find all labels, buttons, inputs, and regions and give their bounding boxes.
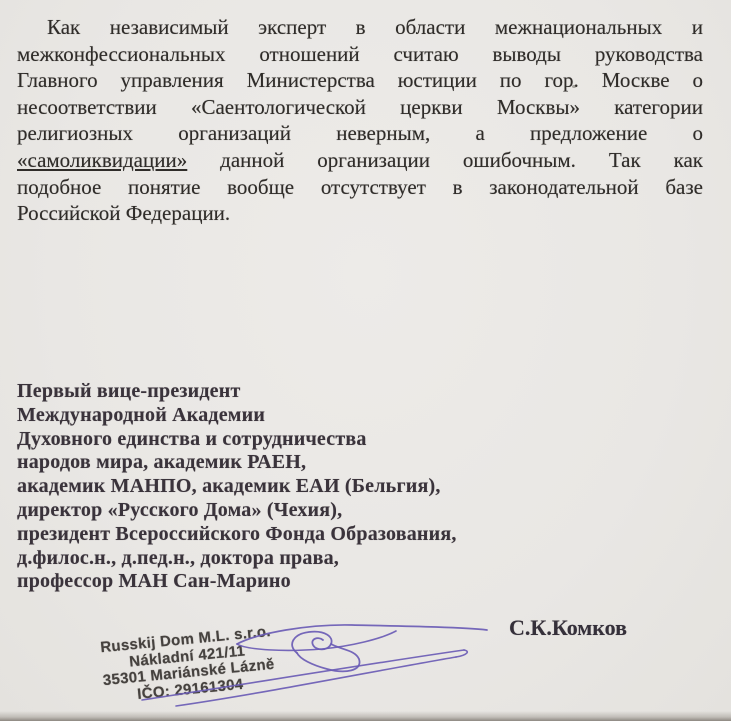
text-line: подобное понятие вообще отсутствует в за…	[17, 174, 703, 201]
text-segment: Главного управления Министерства юстиции…	[17, 68, 703, 92]
text-line: профессор МАН Сан-Марино	[17, 570, 457, 594]
text-line: Первый вице-президент	[17, 380, 457, 404]
scanned-letter-page: Как независимый эксперт в области межнац…	[0, 0, 731, 721]
text-line: народов мира, академик РАЕН,	[17, 451, 457, 475]
text-segment: подобное понятие вообще отсутствует в за…	[17, 175, 703, 199]
company-stamp: Russkij Dom M.L. s.r.o.Nákladní 421/1135…	[83, 622, 292, 707]
text-segment: межконфессиональных отношений считаю выв…	[17, 42, 703, 66]
text-line: несоответствии «Саентологической церкви …	[17, 94, 703, 121]
text-segment: религиозных организаций неверным, а пред…	[17, 121, 703, 145]
text-line: Главного управления Министерства юстиции…	[17, 67, 703, 94]
text-line: директор «Русского Дома» (Чехия),	[17, 499, 457, 523]
scan-edge-shadow	[0, 711, 731, 721]
text-segment: данной организации ошибочным. Так как	[187, 148, 703, 172]
expert-opinion-paragraph: Как независимый эксперт в области межнац…	[17, 14, 703, 227]
text-line: Международной Академии	[17, 404, 457, 428]
text-line: «самоликвидации» данной организации ошиб…	[17, 147, 703, 174]
signatory-titles-block: Первый вице-президентМеждународной Акаде…	[17, 380, 457, 594]
underlined-term: «самоликвидации»	[17, 148, 187, 172]
scan-dust-speck	[572, 85, 576, 88]
text-line: Духовного единства и сотрудничества	[17, 428, 457, 452]
text-line: религиозных организаций неверным, а пред…	[17, 120, 703, 147]
text-line: Российской Федерации.	[17, 200, 703, 227]
text-segment: несоответствии «Саентологической церкви …	[17, 95, 703, 119]
text-line: академик МАНПО, академик ЕАИ (Бельгия),	[17, 475, 457, 499]
signer-name: С.К.Комков	[509, 615, 627, 641]
text-line: межконфессиональных отношений считаю выв…	[17, 41, 703, 68]
text-segment: Российской Федерации.	[17, 201, 230, 225]
text-line: д.филос.н., д.пед.н., доктора права,	[17, 547, 457, 571]
text-segment: Как независимый эксперт в области межнац…	[47, 15, 703, 39]
text-line: президент Всероссийского Фонда Образован…	[17, 523, 457, 547]
text-line: Как независимый эксперт в области межнац…	[17, 14, 703, 41]
